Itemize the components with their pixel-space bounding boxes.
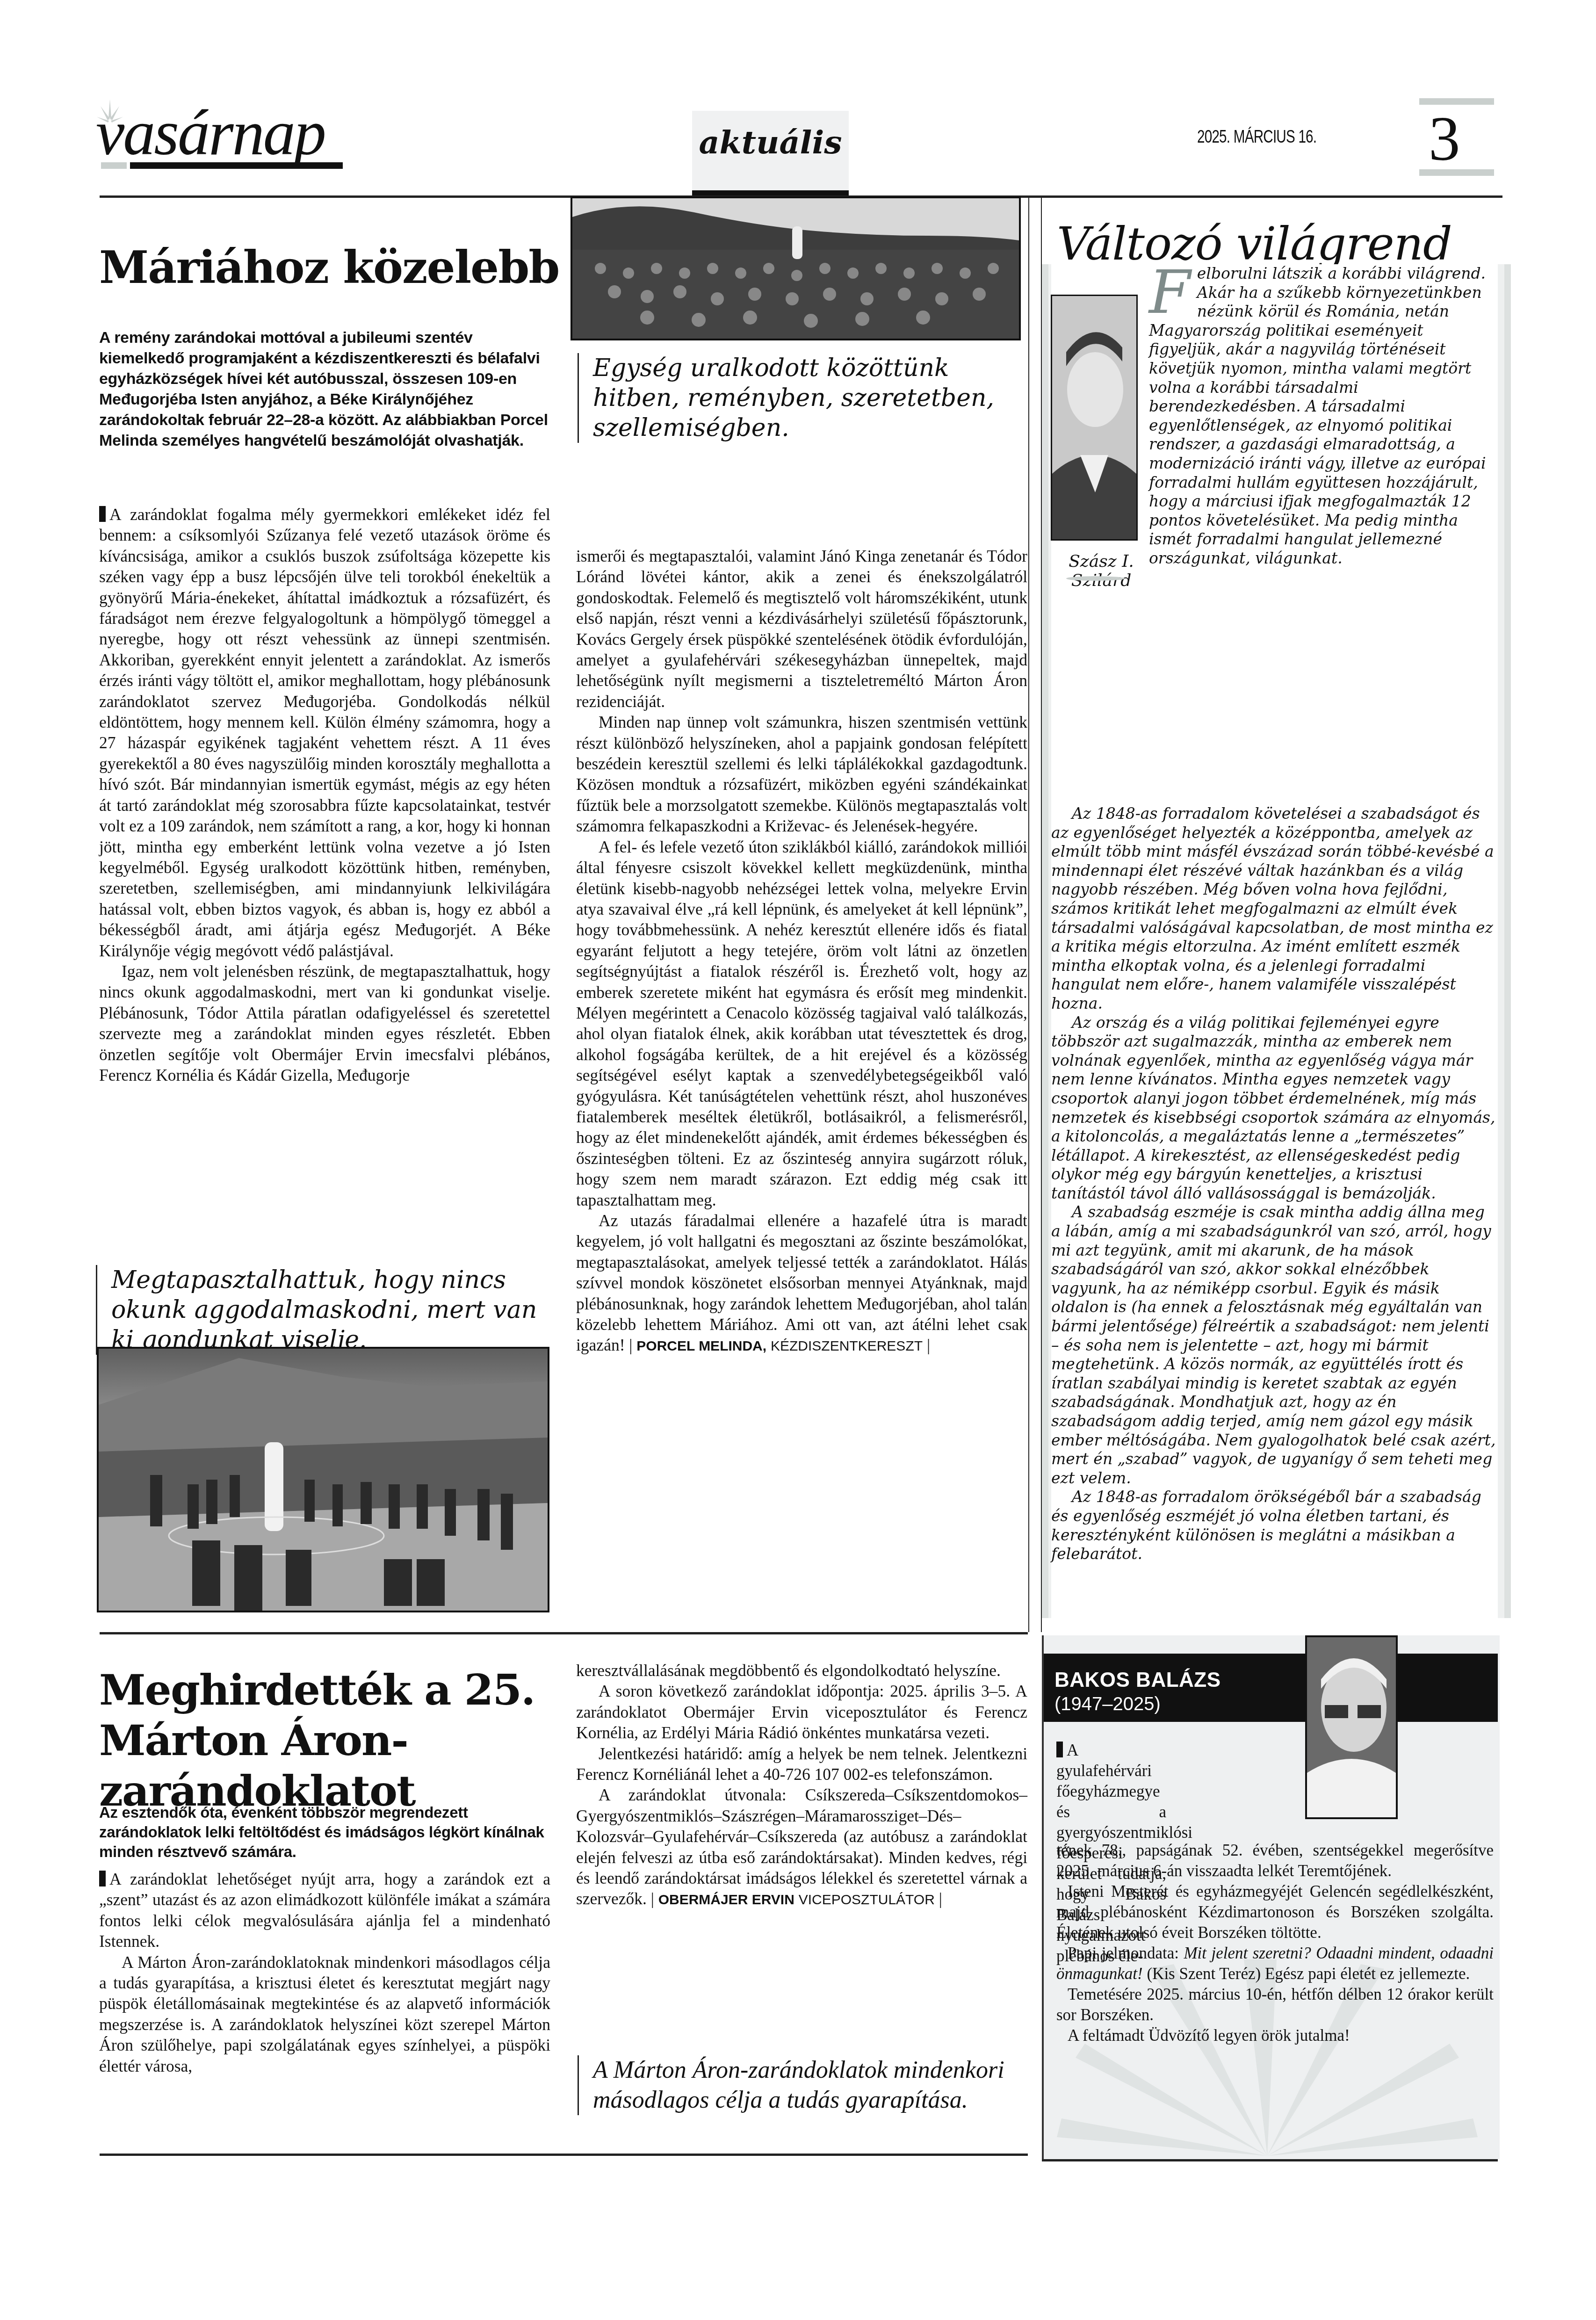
photo-pilgrim-group xyxy=(571,196,1021,340)
paragraph: Az 1848-as forradalom követelései a szab… xyxy=(1051,804,1494,1012)
photo-pilgrims-statue xyxy=(97,1347,549,1612)
page-number-bar-bottom xyxy=(1419,169,1494,176)
bottom-rule xyxy=(100,2154,1028,2156)
motto-intro: Papi jelmondata: xyxy=(1068,1944,1184,1962)
paragraph: Az 1848-as forradalom örökségéből bár a … xyxy=(1051,1488,1481,1563)
paragraph: A szabadság eszméje is csak mintha addig… xyxy=(1051,1203,1496,1487)
paragraph: A zarándoklat lehetőséget nyújt arra, ho… xyxy=(99,1870,550,1951)
dropcap: F xyxy=(1149,267,1191,318)
logo-underline-accent xyxy=(101,162,127,169)
obituary-bottom-rule xyxy=(1042,2159,1498,2161)
paragraph-marker-icon xyxy=(99,506,106,522)
paragraph-marker-icon xyxy=(1056,1742,1063,1757)
paragraph: A feltámadt Üdvözítő legyen örök jutalma… xyxy=(1068,2026,1350,2045)
paragraph: A zarándoklat útvonala: Csíkszereda–Csík… xyxy=(576,1785,1027,1908)
paragraph: Minden nap ünnep volt számunkra, hiszen … xyxy=(576,713,1027,835)
byline-place: KÉZDISZENTKERESZT xyxy=(771,1338,923,1354)
paragraph: Temetésére 2025. március 10-én, hétfőn d… xyxy=(1056,1985,1494,2024)
paragraph-marker-icon xyxy=(99,1871,106,1886)
page-number-bar-top xyxy=(1419,98,1494,105)
article-title: Meghirdették a 25. Márton Áron-zarándokl… xyxy=(99,1665,557,1816)
section-label: aktuális xyxy=(692,124,849,161)
pull-quote: Egység uralkodott közöttünk hitben, remé… xyxy=(578,353,1014,443)
page-number: 3 xyxy=(1429,108,1460,171)
byline-name: OBERMÁJER ERVIN xyxy=(658,1892,794,1908)
obituary-portrait xyxy=(1305,1635,1398,1819)
section-divider xyxy=(100,1632,1028,1634)
paragraph: Isteni Mesterét és egyházmegyéjét Gelenc… xyxy=(1056,1882,1494,1942)
paragraph: A zarándoklat fogalma mély gyermekkori e… xyxy=(99,505,550,960)
paragraph: keresztvállalásának megdöbbentő és elgon… xyxy=(576,1661,1001,1680)
paragraph: A soron következő zarándoklat időpontja:… xyxy=(576,1682,1027,1742)
article-body-column-2: ismerői és megtapasztalói, valamint Jánó… xyxy=(576,546,1027,1357)
paragraph: Az utazás fáradalmai ellenére a hazafelé… xyxy=(576,1211,1027,1354)
article-lead: Az esztendők óta, évenként többször megr… xyxy=(99,1803,553,1862)
issue-date: 2025. MÁRCIUS 16. xyxy=(1197,127,1316,147)
article-body-column-2: keresztvállalásának megdöbbentő és elgon… xyxy=(576,1660,1027,1911)
opinion-title: Változó világrend xyxy=(1057,217,1452,271)
obituary-body: tének 78., papságának 52. évében, szents… xyxy=(1056,1840,1494,2046)
column-divider xyxy=(1028,196,1029,1632)
article-body-column-1: A zarándoklat fogalma mély gyermekkori e… xyxy=(99,504,550,1085)
author-name: Szász I. Szilárd xyxy=(1047,552,1155,590)
paragraph: Az ország és a világ politikai fejlemény… xyxy=(1051,1013,1495,1202)
paragraph: elborulni látszik a korábbi világrend. A… xyxy=(1149,264,1486,567)
paragraph: Igaz, nem volt jelenésben részünk, de me… xyxy=(99,962,550,1084)
author-portrait xyxy=(1051,295,1138,541)
motto-source: (Kis Szent Teréz) Egész papi életét ez j… xyxy=(1143,1965,1470,1983)
newspaper-logo: vasárnap xyxy=(96,101,325,165)
article-lead: A remény zarándokai mottóval a jubileumi… xyxy=(99,327,548,451)
author-name-underline xyxy=(1066,576,1125,581)
paragraph: A fel- és lefele vezető úton sziklákból … xyxy=(576,838,1027,1209)
logo-underline xyxy=(130,162,343,169)
opinion-body: Az 1848-as forradalom követelései a szab… xyxy=(1051,804,1498,1564)
byline-name: PORCEL MELINDA, xyxy=(636,1338,766,1354)
article-body-column-1: A zarándoklat lehetőséget nyújt arra, ho… xyxy=(99,1869,550,2076)
paragraph: Jelentkezési határidő: amíg a helyek be … xyxy=(576,1744,1027,1784)
opinion-first-paragraph: Felborulni látszik a korábbi világrend. … xyxy=(1149,264,1495,568)
obituary-years: (1947–2025) xyxy=(1054,1694,1161,1715)
article-title: Máriához közelebb xyxy=(99,241,559,294)
paragraph: ismerői és megtapasztalói, valamint Jánó… xyxy=(576,547,1027,711)
paragraph: A Márton Áron-zarándoklatoknak mindenkor… xyxy=(99,1953,550,2075)
pull-quote: Megtapasztalhattuk, hogy nincs okunk agg… xyxy=(96,1265,560,1355)
byline-role: VICEPOSZTULÁTOR xyxy=(799,1892,935,1908)
obituary-name: BAKOS BALÁZS xyxy=(1054,1669,1221,1692)
pull-quote: A Márton Áron-zarándoklatok mindenkori m… xyxy=(578,2055,1004,2115)
paragraph: tének 78., papságának 52. évében, szents… xyxy=(1056,1841,1494,1880)
